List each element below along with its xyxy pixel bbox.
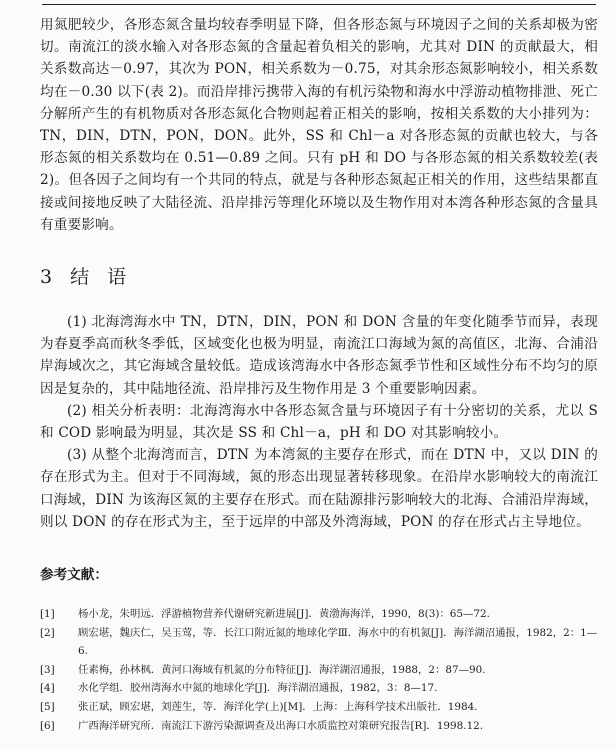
reference-list: [1] 杨小龙，朱明远．浮游植物营养代谢研究新进展[J]．黄渤海海洋，1990，… [40,605,598,735]
reference-text: 任素梅，孙林枫．黄河口海域有机氮的分布特征[J]．海洋湖沼通报，1988，2：8… [78,661,598,680]
intro-paragraph: 用氮肥较少，各形态氮含量均较春季明显下降，但各形态氮与环境因子之间的关系却极为密… [40,14,598,236]
reference-number: [5] [40,698,78,717]
reference-text: 张正斌，顾宏堪，刘莲生，等．海洋化学(上)[M]．上海：上海科学技术出版社．19… [78,698,598,717]
conclusion-paragraph-1: (1) 北海湾海水中 TN，DTN，DIN，PON 和 DON 含量的年变化随季… [40,311,598,400]
section-heading: 3结语 [40,262,598,289]
reference-item: [5] 张正斌，顾宏堪，刘莲生，等．海洋化学(上)[M]．上海：上海科学技术出版… [40,698,598,717]
reference-number: [4] [40,679,78,698]
reference-item: [6] 广西海洋研究所．南流江下游污染源调查及出海口水质监控对策研究报告[R]．… [40,717,598,736]
section-title-char: 结 [70,266,89,288]
reference-item: [3] 任素梅，孙林枫．黄河口海域有机氮的分布特征[J]．海洋湖沼通报，1988… [40,661,598,680]
reference-item: [2] 顾宏堪，魏庆仁，吴玉莺，等．长江口附近氮的地球化学Ⅲ．海水中的有机氮[J… [40,624,598,661]
reference-text: 杨小龙，朱明远．浮游植物营养代谢研究新进展[J]．黄渤海海洋，1990，8(3)… [78,605,598,624]
references-heading: 参考文献： [40,563,598,583]
conclusion-paragraph-3: (3) 从整个北海湾而言，DTN 为本湾氮的主要存在形式，而在 DTN 中，又以… [40,444,598,533]
reference-text: 顾宏堪，魏庆仁，吴玉莺，等．长江口附近氮的地球化学Ⅲ．海水中的有机氮[J]．海洋… [78,624,598,661]
conclusion-paragraph-2: (2) 相关分析表明：北海湾海水中各形态氮含量与环境因子有十分密切的关系，尤以 … [40,400,598,444]
document-page: 用氮肥较少，各形态氮含量均较春季明显下降，但各形态氮与环境因子之间的关系却极为密… [40,14,598,735]
reference-item: [1] 杨小龙，朱明远．浮游植物营养代谢研究新进展[J]．黄渤海海洋，1990，… [40,605,598,624]
section-number: 3 [40,266,52,288]
reference-number: [3] [40,661,78,680]
reference-text: 水化学组．胶州湾海水中氮的地球化学[J]．海洋湖沼通报，1982，3：8—17. [78,679,598,698]
section-title-char: 语 [107,266,126,288]
reference-number: [1] [40,605,78,624]
reference-number: [6] [40,717,78,736]
reference-number: [2] [40,624,78,661]
reference-text: 广西海洋研究所．南流江下游污染源调查及出海口水质监控对策研究报告[R]．1998… [78,717,598,736]
header-rule [42,4,596,5]
reference-item: [4] 水化学组．胶州湾海水中氮的地球化学[J]．海洋湖沼通报，1982，3：8… [40,679,598,698]
